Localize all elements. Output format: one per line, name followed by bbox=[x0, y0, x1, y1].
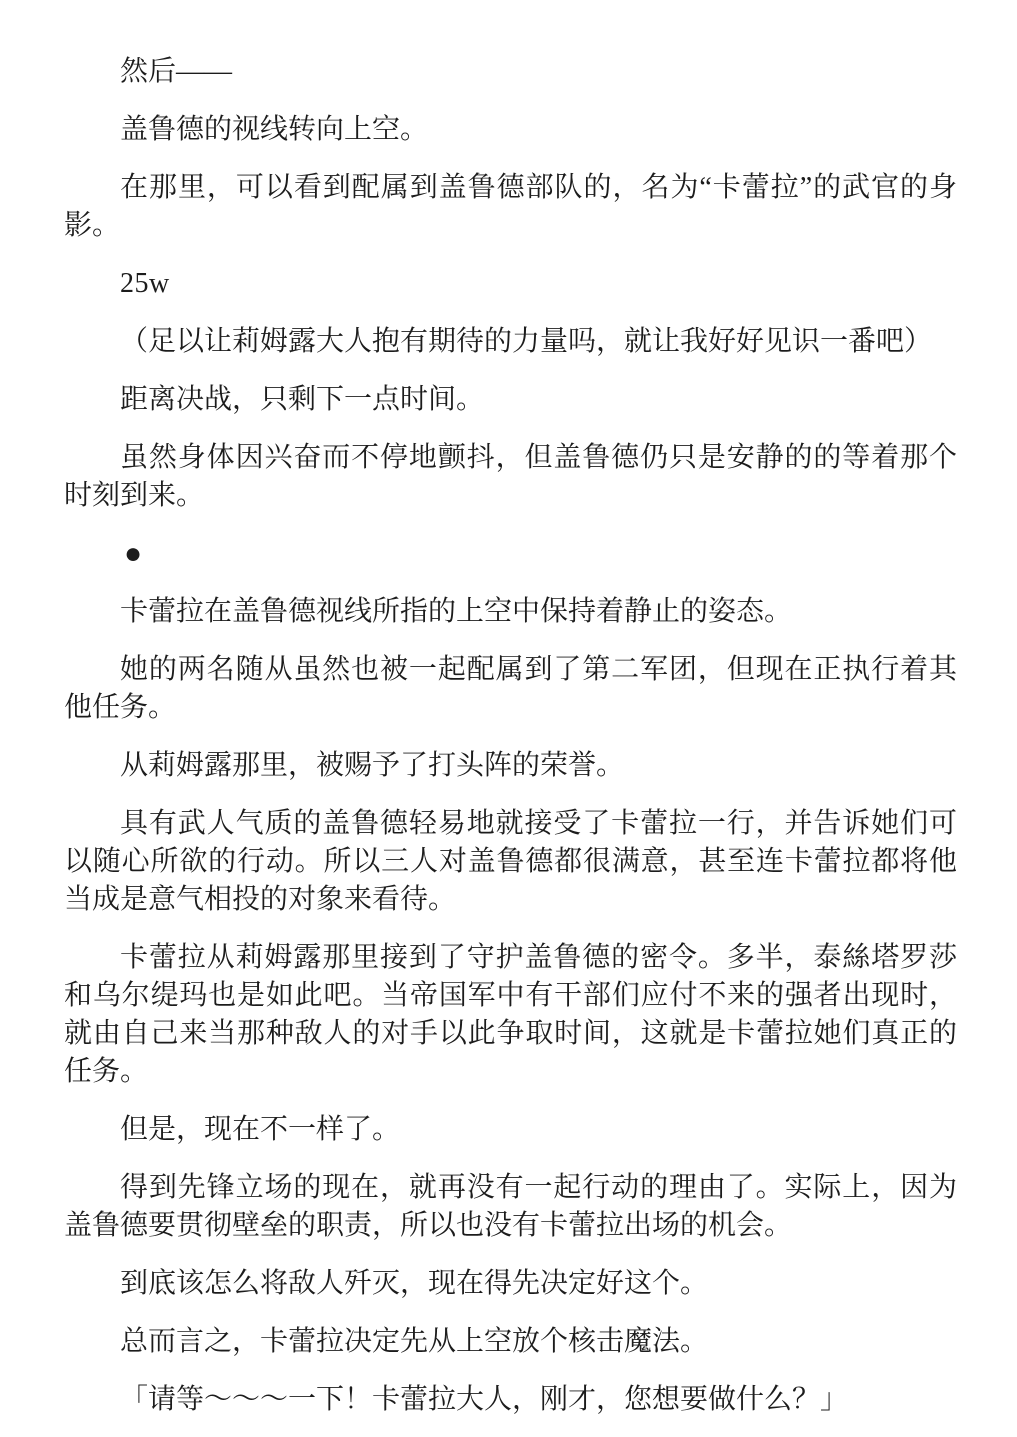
word-count-note: 25w bbox=[64, 265, 957, 303]
paragraph: 她的两名随从虽然也被一起配属到了第二军团，但现在正执行着其他任务。 bbox=[64, 651, 957, 727]
paragraph: 虽然身体因兴奋而不停地颤抖，但盖鲁德仍只是安静的的等着那个时刻到来。 bbox=[64, 439, 957, 515]
paragraph: 得到先锋立场的现在，就再没有一起行动的理由了。实际上，因为盖鲁德要贯彻壁垒的职责… bbox=[64, 1169, 957, 1245]
paragraph: 距离决战，只剩下一点时间。 bbox=[64, 381, 957, 419]
paragraph: 从莉姆露那里，被赐予了打头阵的荣誉。 bbox=[64, 747, 957, 785]
paragraph: 卡蕾拉从莉姆露那里接到了守护盖鲁德的密令。多半，泰絲塔罗莎和乌尔缇玛也是如此吧。… bbox=[64, 939, 957, 1091]
paragraph: 到底该怎么将敌人歼灭，现在得先决定好这个。 bbox=[64, 1265, 957, 1303]
paragraph: 总而言之，卡蕾拉决定先从上空放个核击魔法。 bbox=[64, 1323, 957, 1361]
paragraph: 盖鲁德的视线转向上空。 bbox=[64, 111, 957, 149]
page-content: 然后——盖鲁德的视线转向上空。在那里，可以看到配属到盖鲁德部队的，名为“卡蕾拉”… bbox=[64, 53, 957, 1419]
paragraph: 具有武人气质的盖鲁德轻易地就接受了卡蕾拉一行，并告诉她们可以随心所欲的行动。所以… bbox=[64, 805, 957, 919]
paragraph: 「请等～～～一下！卡蕾拉大人，刚才，您想要做什么？」 bbox=[64, 1381, 957, 1419]
paragraph: 在那里，可以看到配属到盖鲁德部队的，名为“卡蕾拉”的武官的身影。 bbox=[64, 169, 957, 245]
novel-page: 然后——盖鲁德的视线转向上空。在那里，可以看到配属到盖鲁德部队的，名为“卡蕾拉”… bbox=[0, 0, 1017, 1437]
paragraph: 然后—— bbox=[64, 53, 957, 91]
paragraph: （足以让莉姆露大人抱有期待的力量吗，就让我好好见识一番吧） bbox=[64, 323, 957, 361]
scene-separator: ● bbox=[64, 535, 957, 573]
paragraph: 但是，现在不一样了。 bbox=[64, 1111, 957, 1149]
paragraph: 卡蕾拉在盖鲁德视线所指的上空中保持着静止的姿态。 bbox=[64, 593, 957, 631]
